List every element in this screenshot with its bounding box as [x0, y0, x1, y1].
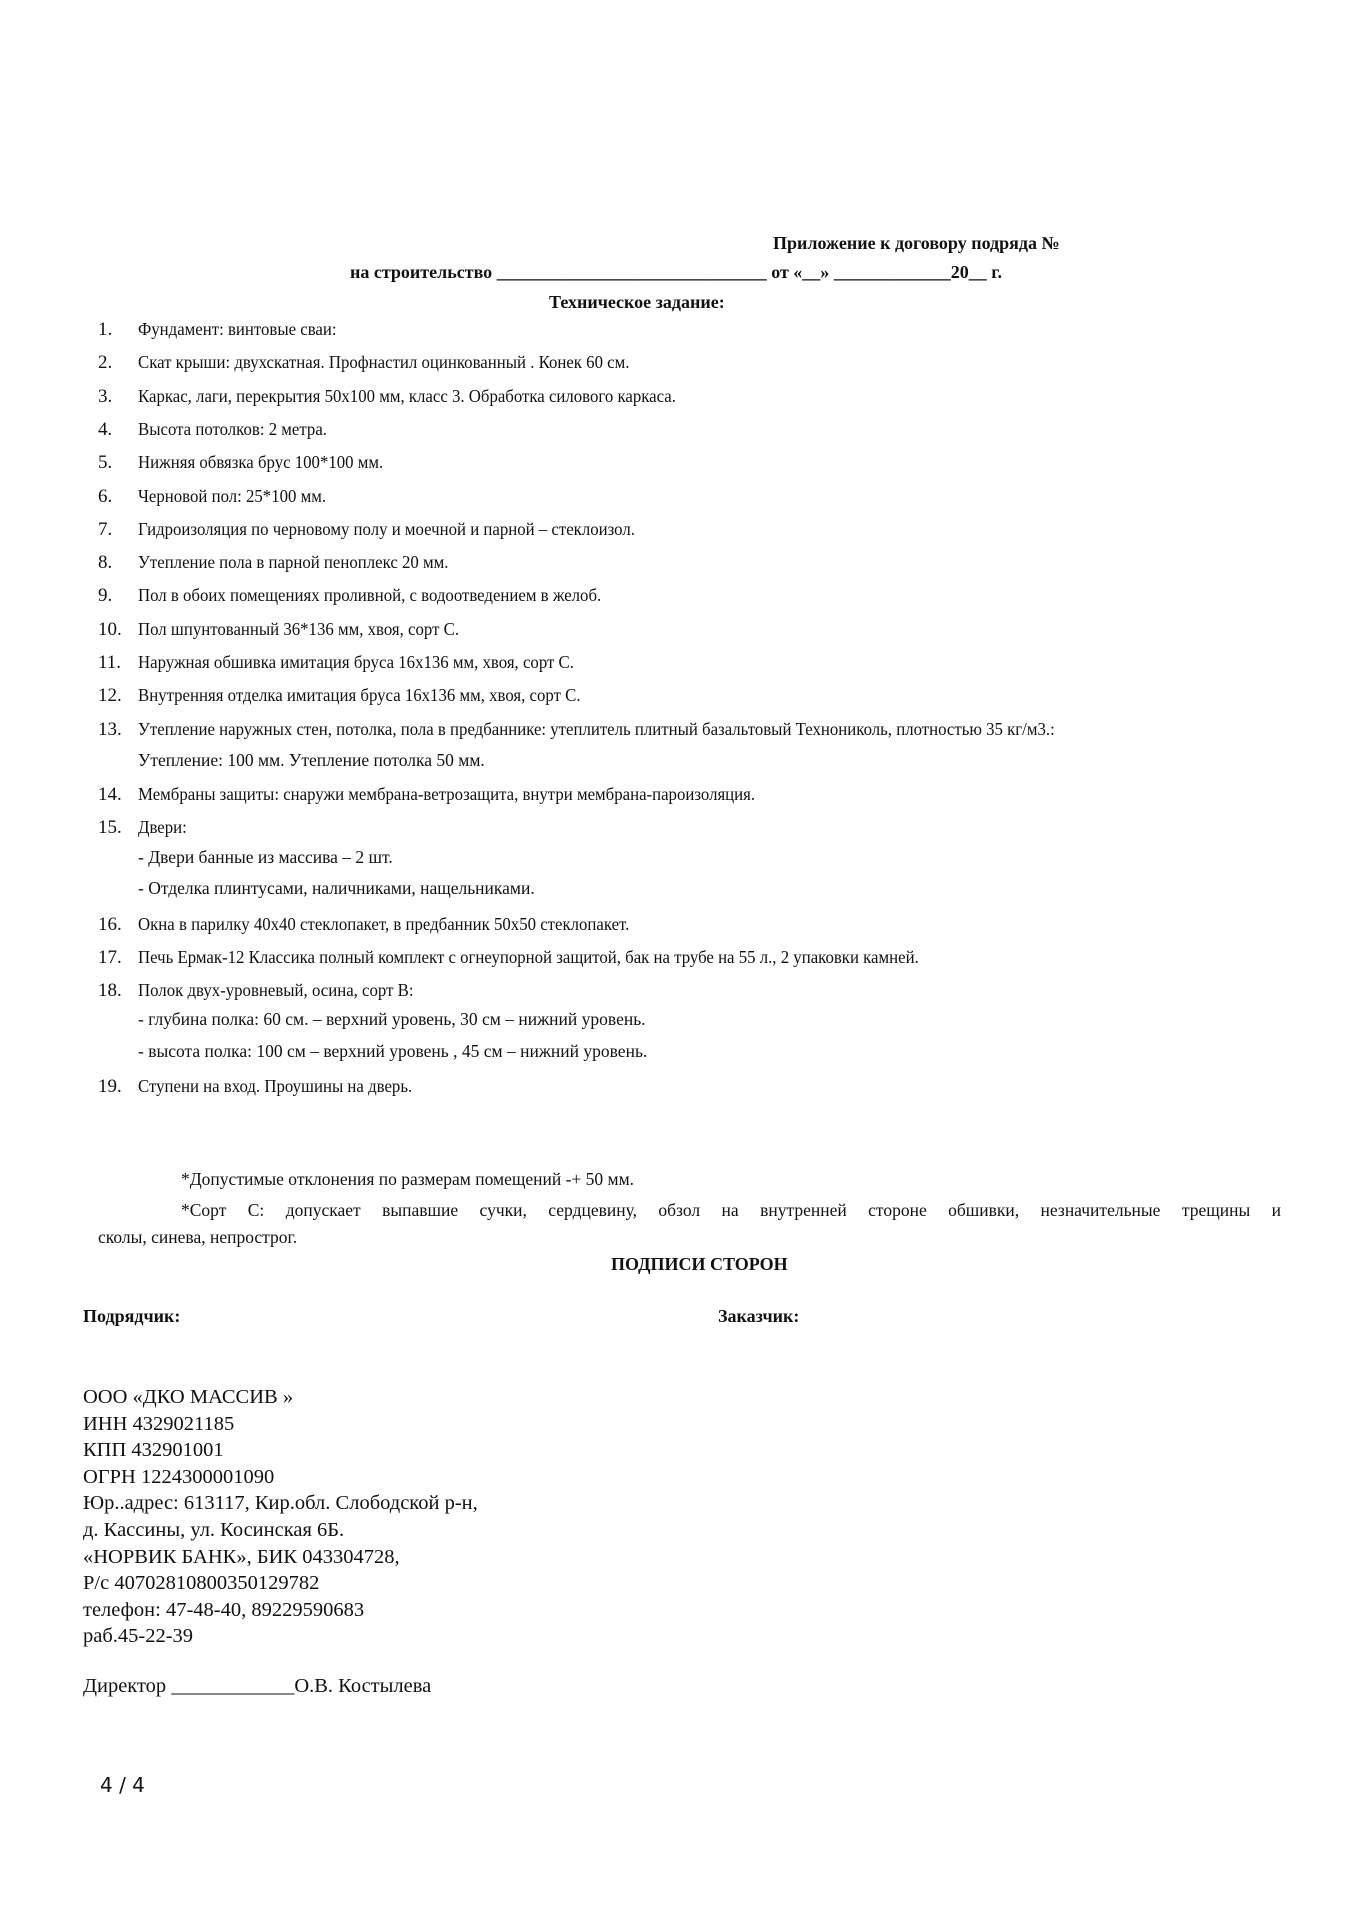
spec-item-text: Гидроизоляция по черновому полу и моечно… — [138, 519, 635, 540]
spec-item-number: 11. — [98, 652, 121, 674]
contractor-detail-line: Р/с 40702810800350129782 — [83, 1572, 319, 1595]
contractor-detail-line: ОГРН 1224300001090 — [83, 1466, 274, 1489]
contractor-detail-line: Юр..адрес: 613117, Кир.обл. Слободской р… — [83, 1492, 478, 1515]
spec-item: 17.Печь Ермак-12 Классика полный комплек… — [0, 947, 1358, 977]
spec-item-number: 6. — [98, 486, 112, 508]
spec-item: 11.Наружная обшивка имитация бруса 16х13… — [0, 652, 1358, 682]
spec-item-number: 16. — [98, 914, 122, 936]
spec-item-text: Окна в парилку 40х40 стеклопакет, в пред… — [138, 914, 629, 935]
spec-item-number: 15. — [98, 817, 122, 839]
contractor-detail-line: раб.45-22-39 — [83, 1625, 193, 1648]
spec-item-number: 19. — [98, 1076, 122, 1098]
spec-item-number: 8. — [98, 552, 112, 574]
spec-item-text: Печь Ермак-12 Классика полный комплект с… — [138, 947, 919, 968]
spec-item-text: Пол в обоих помещениях проливной, с водо… — [138, 585, 601, 606]
spec-item-number: 17. — [98, 947, 122, 969]
spec-item-text: Черновой пол: 25*100 мм. — [138, 486, 326, 507]
spec-item-text: Каркас, лаги, перекрытия 50х100 мм, клас… — [138, 386, 676, 407]
spec-item-text: Пол шпунтованный 36*136 мм, хвоя, сорт С… — [138, 619, 459, 640]
customer-label: Заказчик: — [718, 1306, 799, 1327]
grade-note-line2: сколы, синева, непрострог. — [98, 1227, 297, 1248]
spec-item: 18.Полок двух-уровневый, осина, сорт В: — [0, 980, 1358, 1010]
grade-note-line1: *Сорт С: допускает выпавшие сучки, сердц… — [181, 1200, 1281, 1221]
contractor-label: Подрядчик: — [83, 1306, 180, 1327]
spec-item: 6.Черновой пол: 25*100 мм. — [0, 486, 1358, 516]
spec-item: 8.Утепление пола в парной пеноплекс 20 м… — [0, 552, 1358, 582]
spec-item-number: 14. — [98, 784, 122, 806]
spec-item-number: 5. — [98, 452, 112, 474]
spec-item-text: Двери: — [138, 817, 187, 838]
spec-subitem: - глубина полка: 60 см. – верхний уровен… — [138, 1009, 646, 1030]
spec-item: 10.Пол шпунтованный 36*136 мм, хвоя, сор… — [0, 619, 1358, 649]
spec-item-text: Внутренняя отделка имитация бруса 16х136… — [138, 685, 581, 706]
month-blank: _____________ — [834, 262, 951, 282]
page-indicator: 4 / 4 — [100, 1773, 145, 1797]
spec-item: 7.Гидроизоляция по черновому полу и моеч… — [0, 519, 1358, 549]
spec-item: 16.Окна в парилку 40х40 стеклопакет, в п… — [0, 914, 1358, 944]
object-blank: ______________________________ — [497, 262, 767, 282]
spec-item-number: 7. — [98, 519, 112, 541]
spec-subitem: - Отделка плинтусами, наличниками, нащел… — [138, 878, 535, 899]
spec-item-number: 2. — [98, 352, 112, 374]
spec-item: 1.Фундамент: винтовые сваи: — [0, 319, 1358, 349]
spec-item-number: 12. — [98, 685, 122, 707]
spec-item: 12.Внутренняя отделка имитация бруса 16х… — [0, 685, 1358, 715]
spec-item-text: Скат крыши: двухскатная. Профнастил оцин… — [138, 352, 629, 373]
spec-subitem: - Двери банные из массива – 2 шт. — [138, 847, 393, 868]
spec-item: 14.Мембраны защиты: снаружи мембрана-вет… — [0, 784, 1358, 814]
spec-item-continuation: Утепление: 100 мм. Утепление потолка 50 … — [138, 750, 485, 771]
spec-item-text: Ступени на вход. Проушины на дверь. — [138, 1076, 412, 1097]
contract-subtitle: на строительство _______________________… — [350, 262, 1002, 283]
contractor-detail-line: ИНН 4329021185 — [83, 1413, 234, 1436]
spec-subitem: - высота полка: 100 см – верхний уровень… — [138, 1041, 647, 1062]
spec-item-text: Утепление наружных стен, потолка, пола в… — [138, 719, 1055, 740]
spec-item-number: 3. — [98, 386, 112, 408]
signature-line: ____________ — [171, 1675, 294, 1697]
contractor-detail-line: КПП 432901001 — [83, 1439, 224, 1462]
spec-item: 2.Скат крыши: двухскатная. Профнастил оц… — [0, 352, 1358, 382]
contractor-detail-line: ООО «ДКО МАССИВ » — [83, 1386, 293, 1409]
signatures-title: ПОДПИСИ СТОРОН — [611, 1254, 788, 1275]
year: 20__ г. — [951, 262, 1002, 282]
spec-item: 3.Каркас, лаги, перекрытия 50х100 мм, кл… — [0, 386, 1358, 416]
contractor-detail-line: «НОРВИК БАНК», БИК 043304728, — [83, 1546, 400, 1569]
appendix-title: Приложение к договору подряда № — [773, 233, 1060, 254]
director-label: Директор — [83, 1675, 166, 1697]
spec-item-number: 9. — [98, 585, 112, 607]
spec-item-text: Утепление пола в парной пеноплекс 20 мм. — [138, 552, 448, 573]
spec-item-number: 13. — [98, 719, 122, 741]
spec-item-number: 1. — [98, 319, 112, 341]
director-signature: Директор ____________О.В. Костылева — [83, 1675, 431, 1698]
spec-item: 15.Двери: — [0, 817, 1358, 847]
spec-item-text: Мембраны защиты: снаружи мембрана-ветроз… — [138, 784, 755, 805]
tolerance-note: *Допустимые отклонения по размерам помещ… — [181, 1169, 634, 1190]
spec-item-text: Полок двух-уровневый, осина, сорт В: — [138, 980, 414, 1001]
spec-item: 9.Пол в обоих помещениях проливной, с во… — [0, 585, 1358, 615]
director-name: О.В. Костылева — [294, 1675, 431, 1697]
subtitle-prefix: на строительство — [350, 262, 492, 282]
spec-item-number: 4. — [98, 419, 112, 441]
spec-item-text: Наружная обшивка имитация бруса 16х136 м… — [138, 652, 574, 673]
spec-item-text: Нижняя обвязка брус 100*100 мм. — [138, 452, 383, 473]
spec-item: 4.Высота потолков: 2 метра. — [0, 419, 1358, 449]
contractor-detail-line: телефон: 47-48-40, 89229590683 — [83, 1599, 364, 1622]
spec-item: 5.Нижняя обвязка брус 100*100 мм. — [0, 452, 1358, 482]
spec-item-number: 10. — [98, 619, 122, 641]
spec-item-number: 18. — [98, 980, 122, 1002]
spec-item: 13.Утепление наружных стен, потолка, пол… — [0, 719, 1358, 749]
date-from: от «__» — [771, 262, 829, 282]
spec-item-text: Фундамент: винтовые сваи: — [138, 319, 337, 340]
section-title: Техническое задание: — [549, 292, 725, 313]
spec-item: 19.Ступени на вход. Проушины на дверь. — [0, 1076, 1358, 1106]
spec-item-text: Высота потолков: 2 метра. — [138, 419, 327, 440]
contractor-detail-line: д. Кассины, ул. Косинская 6Б. — [83, 1519, 344, 1542]
